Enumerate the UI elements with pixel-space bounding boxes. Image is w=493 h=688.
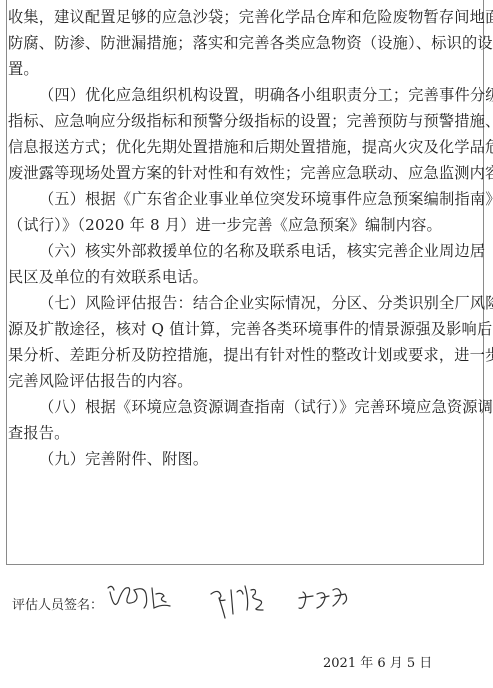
paragraph-5: （五）根据《广东省企业事业单位突发环境事件应急预案编制指南》 （试行）》（202… <box>8 186 478 238</box>
text-line: 完善风险评估报告的内容。 <box>8 368 478 394</box>
paragraph-3-continued: 收集，建议配置足够的应急沙袋；完善化学品仓库和危险废物暂存间地面 防腐、防渗、防… <box>8 4 478 82</box>
text-line: 果分析、差距分析及防控措施，提出有针对性的整改计划或要求，进一步 <box>8 342 478 368</box>
text-line: 民区及单位的有效联系电话。 <box>8 264 478 290</box>
text-line: 收集，建议配置足够的应急沙袋；完善化学品仓库和危险废物暂存间地面 <box>8 4 478 30</box>
paragraph-8: （八）根据《环境应急资源调查指南（试行）》完善环境应急资源调 查报告。 <box>8 394 478 446</box>
text-line: 指标、应急响应分级指标和预警分级指标的设置；完善预防与预警措施、 <box>8 108 478 134</box>
paragraph-7: （七）风险评估报告：结合企业实际情况，分区、分类识别全厂风险 源及扩散途径，核对… <box>8 290 478 394</box>
text-line: （试行）》（2020 年 8 月）进一步完善《应急预案》编制内容。 <box>8 212 478 238</box>
text-line: 防腐、防渗、防泄漏措施；落实和完善各类应急物资（设施）、标识的设 <box>8 30 478 56</box>
text-line: （四）优化应急组织机构设置，明确各小组职责分工；完善事件分级 <box>8 82 478 108</box>
paragraph-6: （六）核实外部救援单位的名称及联系电话，核实完善企业周边居 民区及单位的有效联系… <box>8 238 478 290</box>
paragraph-9: （九）完善附件、附图。 <box>8 446 478 472</box>
text-line: （九）完善附件、附图。 <box>8 446 478 472</box>
text-line: 查报告。 <box>8 420 478 446</box>
handwritten-signature-3-icon <box>295 580 375 620</box>
text-line: （八）根据《环境应急资源调查指南（试行）》完善环境应急资源调 <box>8 394 478 420</box>
text-line: 源及扩散途径，核对 Q 值计算，完善各类环境事件的情景源强及影响后 <box>8 316 478 342</box>
handwritten-signature-2-icon <box>205 580 285 620</box>
text-line: 置。 <box>8 56 478 82</box>
text-line: （七）风险评估报告：结合企业实际情况，分区、分类识别全厂风险 <box>8 290 478 316</box>
signature-label: 评估人员签名： <box>12 594 103 613</box>
text-line: 信息报送方式；优化先期处置措施和后期处置措施，提高火灾及化学品危 <box>8 134 478 160</box>
handwritten-signature-1-icon <box>104 580 184 620</box>
text-line: 废泄露等现场处置方案的针对性和有效性；完善应急联动、应急监测内容。 <box>8 160 478 186</box>
text-line: （六）核实外部救援单位的名称及联系电话，核实完善企业周边居 <box>8 238 478 264</box>
paragraph-4: （四）优化应急组织机构设置，明确各小组职责分工；完善事件分级 指标、应急响应分级… <box>8 82 478 186</box>
signature-date: 2021 年 6 月 5 日 <box>323 652 432 671</box>
text-line: （五）根据《广东省企业事业单位突发环境事件应急预案编制指南》 <box>8 186 478 212</box>
